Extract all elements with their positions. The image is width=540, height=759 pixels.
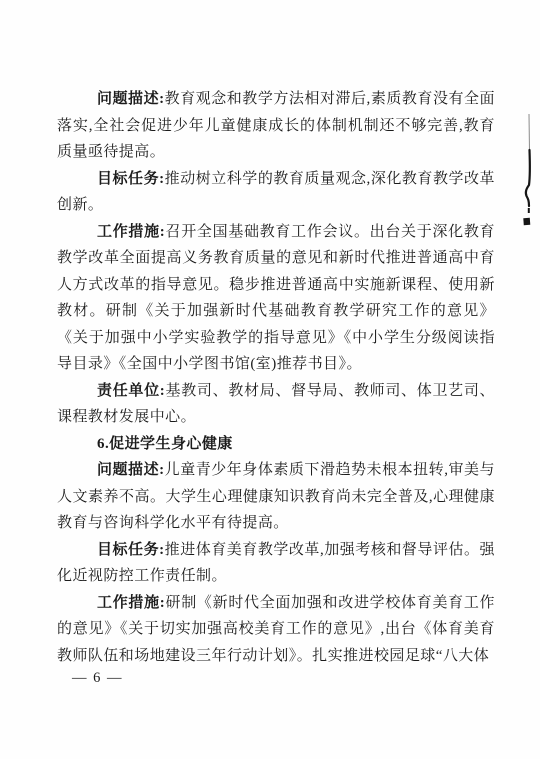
paragraph-goal-task-2: 目标任务:推进体育美育教学改革,加强考核和督导评估。强化近视防控工作责任制。 — [57, 537, 495, 590]
paragraph-label: 目标任务: — [97, 542, 165, 558]
paragraph-work-measures-2: 工作措施:研制《新时代全面加强和改进学校体育美育工作的意见》《关于切实加强高校美… — [57, 590, 495, 670]
paragraph-goal-task-1: 目标任务:推动树立科学的教育质量观念,深化教育教学改革创新。 — [57, 166, 495, 219]
paragraph-label: 目标任务: — [97, 171, 165, 187]
paragraph-work-measures-1: 工作措施:召开全国基础教育工作会议。出台关于深化教育教学改革全面提高义务教育质量… — [57, 219, 495, 378]
scanned-document-page: 问题描述:教育观念和教学方法相对滞后,素质教育没有全面落实,全社会促进少年儿童健… — [0, 0, 540, 759]
paragraph-label: 问题描述: — [97, 91, 165, 107]
paragraph-label: 问题描述: — [97, 462, 165, 478]
paragraph-text: 召开全国基础教育工作会议。出台关于深化教育教学改革全面提高义务教育质量的意见和新… — [57, 224, 495, 373]
paragraph-label: 责任单位: — [97, 383, 165, 399]
scan-smudge-icon — [518, 110, 538, 230]
section-heading: 6.促进学生身心健康 — [57, 431, 495, 458]
paragraph-problem-description-2: 问题描述:儿童青少年身体素质下滑趋势未根本扭转,审美与人文素养不高。大学生心理健… — [57, 457, 495, 537]
paragraph-label: 工作措施: — [97, 224, 165, 240]
page-number: — 6 — — [72, 670, 123, 687]
paragraph-problem-description-1: 问题描述:教育观念和教学方法相对滞后,素质教育没有全面落实,全社会促进少年儿童健… — [57, 86, 495, 166]
document-body: 问题描述:教育观念和教学方法相对滞后,素质教育没有全面落实,全社会促进少年儿童健… — [57, 86, 495, 669]
paragraph-responsible-units-1: 责任单位:基教司、教材局、督导局、教师司、体卫艺司、课程教材发展中心。 — [57, 378, 495, 431]
paragraph-label: 工作措施: — [97, 595, 165, 611]
